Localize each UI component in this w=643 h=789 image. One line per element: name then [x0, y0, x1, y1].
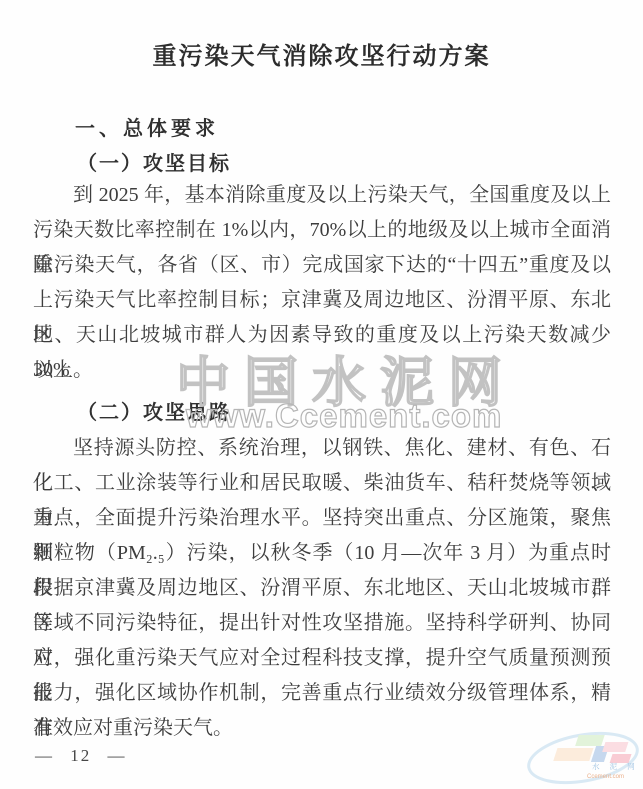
watermark-url-text: www.Ccement.com: [186, 397, 502, 435]
logo-name-text: 水 泥 网: [592, 761, 639, 771]
paragraph-line: 化工、工业涂装等行业和居民取暖、柴油货车、秸秆焚烧等领域为: [33, 466, 611, 501]
logo-tile-peach: [553, 748, 593, 761]
paragraph-line: 颗粒物（PM₂.₅）污染，以秋冬季（10 月—次年 3 月）为重点时段，: [33, 536, 611, 571]
paragraph-line: 以上。: [33, 353, 611, 388]
section-heading-overall-requirements: 一、总体要求: [75, 112, 219, 141]
subsection-heading-approach: （二）攻坚思路: [77, 396, 231, 425]
paragraph-line: 到 2025 年，基本消除重度及以上污染天气，全国重度及以上: [33, 178, 611, 213]
paragraph-line: 根据京津冀及周边地区、汾渭平原、东北地区、天山北坡城市群等: [33, 571, 611, 606]
page-number: — 12 —: [35, 746, 127, 766]
paragraph-line: 上污染天气比率控制目标；京津冀及周边地区、汾渭平原、东北地: [33, 283, 611, 318]
paragraph-line: 坚持源头防控、系统治理，以钢铁、焦化、建材、有色、石化、: [33, 431, 611, 466]
document-title: 重污染天气消除攻坚行动方案: [33, 36, 610, 71]
paragraph-line: 对，强化重污染天气应对全过程科技支撑，提升空气质量预测预报: [33, 641, 611, 676]
paragraph-line: 区、天山北坡城市群人为因素导致的重度及以上污染天数减少 30%: [33, 318, 611, 353]
paragraph-line: 重点，全面提升污染治理水平。坚持突出重点、分区施策，聚焦细: [33, 501, 611, 536]
paragraph-line: 能力，强化区域协作机制，完善重点行业绩效分级管理体系，精准: [33, 676, 611, 711]
paragraph-approach: 坚持源头防控、系统治理，以钢铁、焦化、建材、有色、石化、化工、工业涂装等行业和居…: [33, 431, 611, 746]
paragraph-line: 污染天数比率控制在 1%以内，70%以上的地级及以上城市全面消除: [33, 213, 611, 248]
paragraph-goals: 到 2025 年，基本消除重度及以上污染天气，全国重度及以上污染天数比率控制在 …: [33, 178, 611, 388]
logo-tile-pink-upper: [602, 742, 628, 752]
subsection-heading-goals: （一）攻坚目标: [77, 147, 231, 176]
document-page: 重污染天气消除攻坚行动方案 一、总体要求 （一）攻坚目标 到 2025 年，基本…: [0, 0, 643, 789]
ccement-logo: 水 泥 网 Ccement.com: [525, 731, 643, 789]
paragraph-line: 区域不同污染特征，提出针对性攻坚措施。坚持科学研判、协同应: [33, 606, 611, 641]
logo-tile-green: [575, 735, 605, 746]
logo-domain-text: Ccement.com: [587, 774, 624, 780]
paragraph-line: 重污染天气，各省（区、市）完成国家下达的“十四五”重度及以: [33, 248, 611, 283]
